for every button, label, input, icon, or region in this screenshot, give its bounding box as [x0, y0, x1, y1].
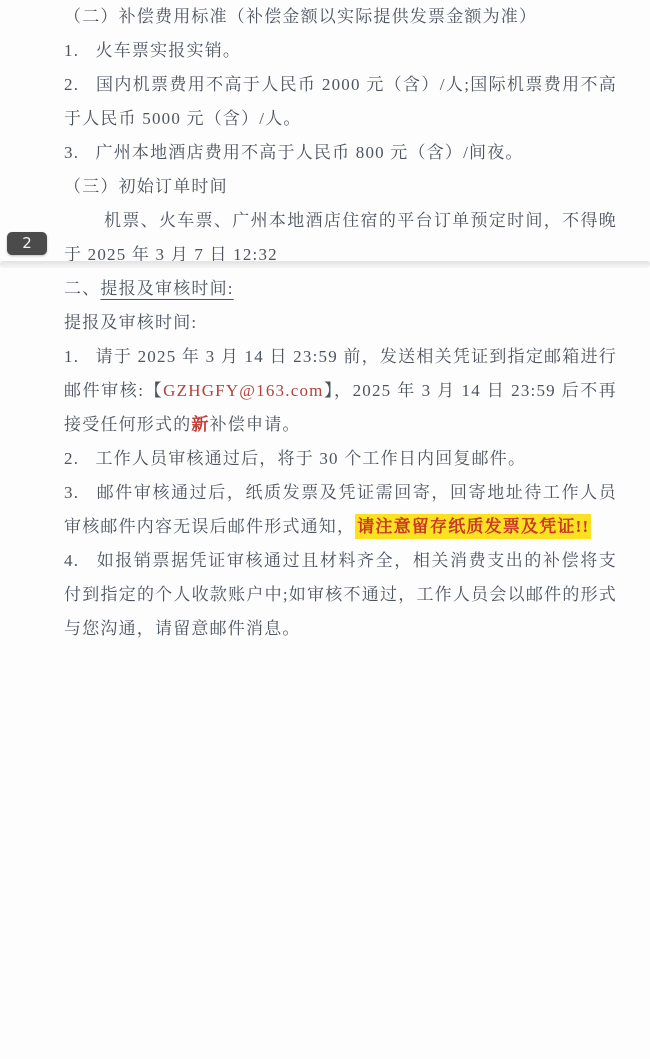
- document-page: （二）补偿费用标准（补偿金额以实际提供发票金额为准） 1. 火车票实报实销。 2…: [0, 0, 650, 1059]
- section3-heading: （三）初始订单时间: [64, 170, 617, 204]
- part2-heading-prefix: 二、: [64, 279, 100, 298]
- part2-item-1-new-word: 新: [191, 415, 209, 434]
- part2-heading: 二、提报及审核时间:: [64, 272, 617, 306]
- part2-heading-underlined: 提报及审核时间:: [100, 279, 233, 298]
- page-break-divider: [0, 261, 650, 268]
- part2-item-2: 2. 工作人员审核通过后，将于 30 个工作日内回复邮件。: [64, 442, 617, 476]
- keep-paper-invoice-highlight: 请注意留存纸质发票及凭证!!: [355, 514, 591, 539]
- section2-item-1: 1. 火车票实报实销。: [64, 34, 617, 68]
- page-1-content: （二）补偿费用标准（补偿金额以实际提供发票金额为准） 1. 火车票实报实销。 2…: [0, 0, 650, 136]
- section2-item-2: 2. 国内机票费用不高于人民币 2000 元（含）/人;国际机票费用不高于人民币…: [64, 68, 617, 136]
- part2-item-1: 1. 请于 2025 年 3 月 14 日 23:59 前，发送相关凭证到指定邮…: [64, 340, 617, 442]
- review-email-address: GZHGFY@163.com: [163, 381, 323, 400]
- section2-heading: （二）补偿费用标准（补偿金额以实际提供发票金额为准）: [64, 0, 617, 34]
- page-2-content: 3. 广州本地酒店费用不高于人民币 800 元（含）/间夜。 （三）初始订单时间…: [0, 136, 650, 646]
- part2-item-3: 3. 邮件审核通过后，纸质发票及凭证需回寄，回寄地址待工作人员审核邮件内容无误后…: [64, 476, 617, 544]
- section2-item-3: 3. 广州本地酒店费用不高于人民币 800 元（含）/间夜。: [64, 136, 617, 170]
- part2-subheading: 提报及审核时间:: [64, 306, 617, 340]
- part2-item-4: 4. 如报销票据凭证审核通过且材料齐全，相关消费支出的补偿将支付到指定的个人收款…: [64, 544, 617, 646]
- page-number-badge: 2: [7, 232, 47, 255]
- part2-item-1-suffix: 补偿申请。: [210, 415, 301, 434]
